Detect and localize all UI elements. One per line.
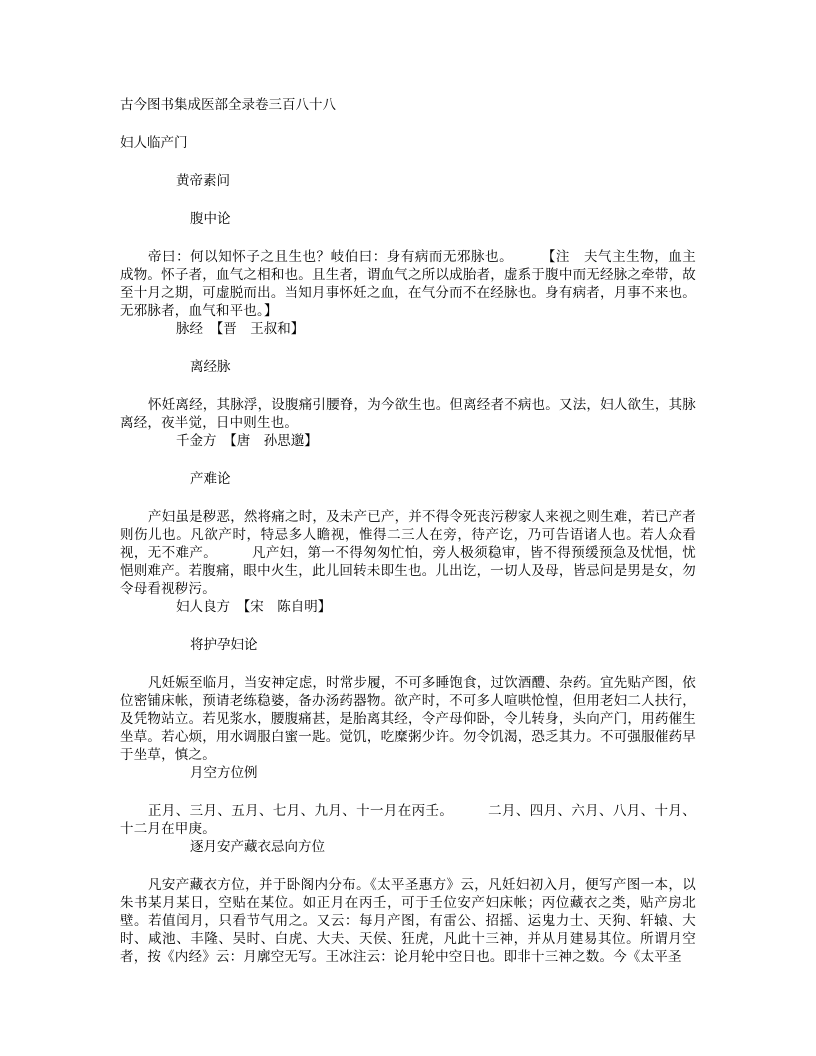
chapter-title: 月空方位例 [120,764,696,782]
paragraph: 怀妊离经，其脉浮，设腹痛引腰脊，为今欲生也。但离经者不病也。又法，妇人欲生，其脉… [120,396,696,432]
paragraph: 凡安产藏衣方位，并于卧阁内分布。《太平圣惠方》云，凡妊妇初入月，便写产图一本，以… [120,876,696,966]
source-title: 脉经 【晋 王叔和】 [120,320,696,338]
source-title: 妇人良方 【宋 陈自明】 [120,598,696,616]
chapter-title: 腹中论 [120,210,696,228]
document-title: 古今图书集成医部全录卷三百八十八 [120,96,696,114]
section-title: 妇人临产门 [120,134,696,152]
paragraph: 帝曰：何以知怀子之且生也？岐伯曰：身有病而无邪脉也。 【注 夫气主生物，血主成物… [120,248,696,320]
source-title: 千金方 【唐 孙思邈】 [120,432,696,450]
chapter-title: 产难论 [120,470,696,488]
paragraph: 产妇虽是秽恶，然将痛之时，及未产已产，并不得令死丧污秽家人来视之则生难，若已产者… [120,508,696,598]
paragraph: 凡妊娠至临月，当安神定虑，时常步履，不可多睡饱食，过饮酒醴、杂药。宜先贴产图，依… [120,674,696,764]
chapter-title: 离经脉 [120,358,696,376]
document-page: 古今图书集成医部全录卷三百八十八 妇人临产门 黄帝素问 腹中论 帝曰：何以知怀子… [120,96,696,966]
source-title: 黄帝素问 [120,172,696,190]
paragraph: 正月、三月、五月、七月、九月、十一月在丙壬。 二月、四月、六月、八月、十月、十二… [120,802,696,838]
chapter-title: 将护孕妇论 [120,636,696,654]
chapter-title: 逐月安产藏衣忌向方位 [120,838,696,856]
